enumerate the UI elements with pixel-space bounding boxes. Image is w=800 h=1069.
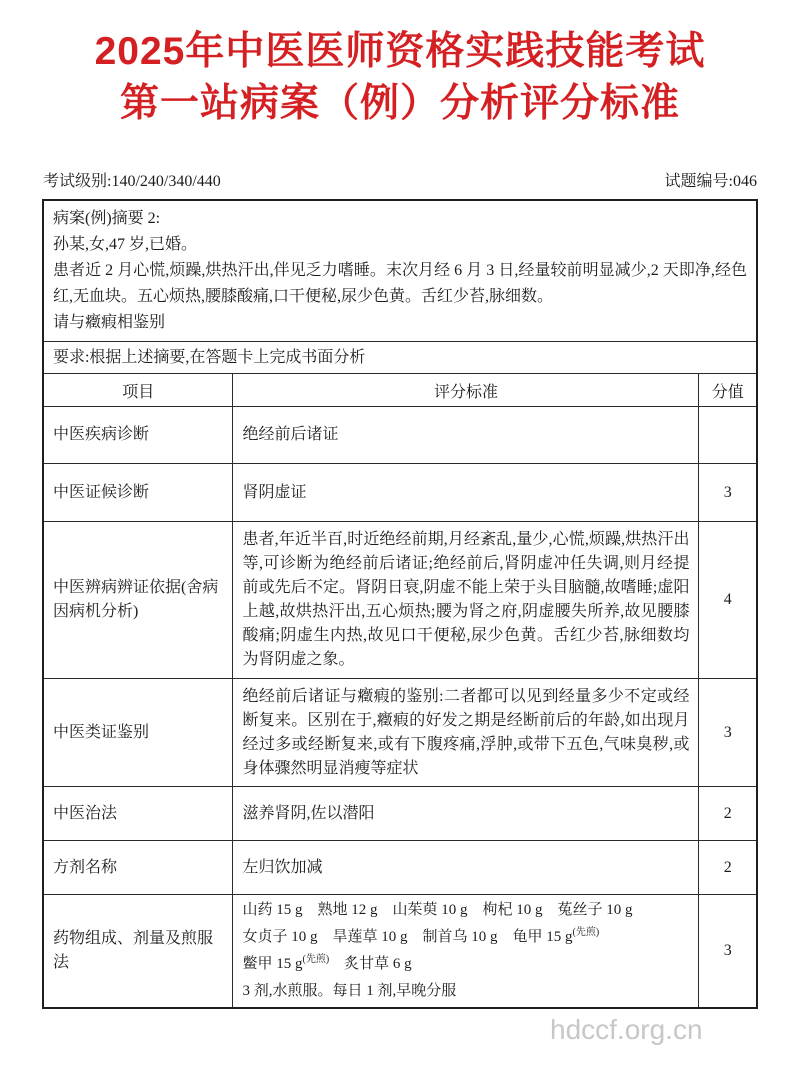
exam-score-sheet: { "title": { "line1": "2025年中医医师资格实践技能考试… bbox=[0, 0, 800, 1069]
table-header-row: 项目 评分标准 分值 bbox=[43, 374, 757, 407]
case-history-line: 患者近 2 月心慌,烦躁,烘热汗出,伴见乏力嗜睡。末次月经 6 月 3 日,经量… bbox=[53, 258, 747, 310]
differentiation-request-line: 请与癥瘕相鉴别 bbox=[53, 310, 747, 336]
item-cell: 药物组成、剂量及煎服法 bbox=[43, 895, 233, 1009]
criteria-cell: 患者,年近半百,时近绝经前期,月经紊乱,量少,心慌,烦躁,烘热汗出等,可诊断为绝… bbox=[233, 522, 699, 679]
score-cell: 3 bbox=[699, 895, 757, 1009]
score-cell: 3 bbox=[699, 679, 757, 787]
criteria-cell: 山药 15 g 熟地 12 g 山茱萸 10 g 枸杞 10 g 菟丝子 10 … bbox=[233, 895, 699, 1009]
item-cell: 中医疾病诊断 bbox=[43, 407, 233, 464]
page-title-line1: 2025年中医医师资格实践技能考试 bbox=[0, 26, 800, 78]
prescription-line: 女贞子 10 g 旱莲草 10 g 制首乌 10 g 龟甲 15 g(先煎) bbox=[242, 924, 689, 951]
case-summary-cell: 病案(例)摘要 2: 孙某,女,47 岁,已婚。 患者近 2 月心慌,烦躁,烘热… bbox=[43, 200, 757, 342]
criteria-cell: 肾阴虚证 bbox=[233, 464, 699, 522]
score-cell: 2 bbox=[699, 787, 757, 841]
score-cell bbox=[699, 407, 757, 464]
table-row: 中医类证鉴别绝经前后诸证与癥瘕的鉴别:二者都可以见到经量多少不定或经断复来。区别… bbox=[43, 679, 757, 787]
page-title-line2: 第一站病案（例）分析评分标准 bbox=[0, 78, 800, 130]
watermark: hdccf.org.cn bbox=[550, 1014, 703, 1046]
criteria-cell: 绝经前后诸证 bbox=[233, 407, 699, 464]
case-summary-heading: 病案(例)摘要 2: bbox=[53, 206, 747, 232]
page-title: 2025年中医医师资格实践技能考试 第一站病案（例）分析评分标准 bbox=[0, 26, 800, 130]
column-header-criteria: 评分标准 bbox=[233, 374, 699, 407]
prescription-line: 3 剂,水煎服。每日 1 剂,早晚分服 bbox=[242, 978, 689, 1005]
item-cell: 中医辨病辨证依据(舍病因病机分析) bbox=[43, 522, 233, 679]
table-row: 药物组成、剂量及煎服法山药 15 g 熟地 12 g 山茱萸 10 g 枸杞 1… bbox=[43, 895, 757, 1009]
criteria-cell: 绝经前后诸证与癥瘕的鉴别:二者都可以见到经量多少不定或经断复来。区别在于,癥瘕的… bbox=[233, 679, 699, 787]
requirement-row: 要求:根据上述摘要,在答题卡上完成书面分析 bbox=[43, 342, 757, 374]
prescription-line: 山药 15 g 熟地 12 g 山茱萸 10 g 枸杞 10 g 菟丝子 10 … bbox=[242, 897, 689, 924]
item-cell: 中医证候诊断 bbox=[43, 464, 233, 522]
score-cell: 2 bbox=[699, 841, 757, 895]
meta-row: 考试级别:140/240/340/440 试题编号:046 bbox=[43, 172, 757, 192]
table-row: 中医治法滋养肾阴,佐以潜阳2 bbox=[43, 787, 757, 841]
patient-info-line: 孙某,女,47 岁,已婚。 bbox=[53, 232, 747, 258]
table-row: 中医证候诊断肾阴虚证3 bbox=[43, 464, 757, 522]
item-cell: 中医治法 bbox=[43, 787, 233, 841]
table-row: 方剂名称左归饮加减2 bbox=[43, 841, 757, 895]
question-number-label: 试题编号:046 bbox=[665, 172, 757, 192]
prescription-line: 鳖甲 15 g(先煎) 炙甘草 6 g bbox=[242, 951, 689, 978]
criteria-cell: 滋养肾阴,佐以潜阳 bbox=[233, 787, 699, 841]
exam-level-label: 考试级别:140/240/340/440 bbox=[43, 172, 221, 192]
column-header-item: 项目 bbox=[43, 374, 233, 407]
item-cell: 方剂名称 bbox=[43, 841, 233, 895]
criteria-cell: 左归饮加减 bbox=[233, 841, 699, 895]
requirement-cell: 要求:根据上述摘要,在答题卡上完成书面分析 bbox=[43, 342, 757, 374]
score-cell: 4 bbox=[699, 522, 757, 679]
score-table: 病案(例)摘要 2: 孙某,女,47 岁,已婚。 患者近 2 月心慌,烦躁,烘热… bbox=[42, 199, 758, 1009]
item-cell: 中医类证鉴别 bbox=[43, 679, 233, 787]
column-header-score: 分值 bbox=[699, 374, 757, 407]
case-summary-row: 病案(例)摘要 2: 孙某,女,47 岁,已婚。 患者近 2 月心慌,烦躁,烘热… bbox=[43, 200, 757, 342]
table-row: 中医疾病诊断绝经前后诸证 bbox=[43, 407, 757, 464]
table-row: 中医辨病辨证依据(舍病因病机分析)患者,年近半百,时近绝经前期,月经紊乱,量少,… bbox=[43, 522, 757, 679]
score-cell: 3 bbox=[699, 464, 757, 522]
score-rows: 中医疾病诊断绝经前后诸证中医证候诊断肾阴虚证3中医辨病辨证依据(舍病因病机分析)… bbox=[43, 407, 757, 1009]
